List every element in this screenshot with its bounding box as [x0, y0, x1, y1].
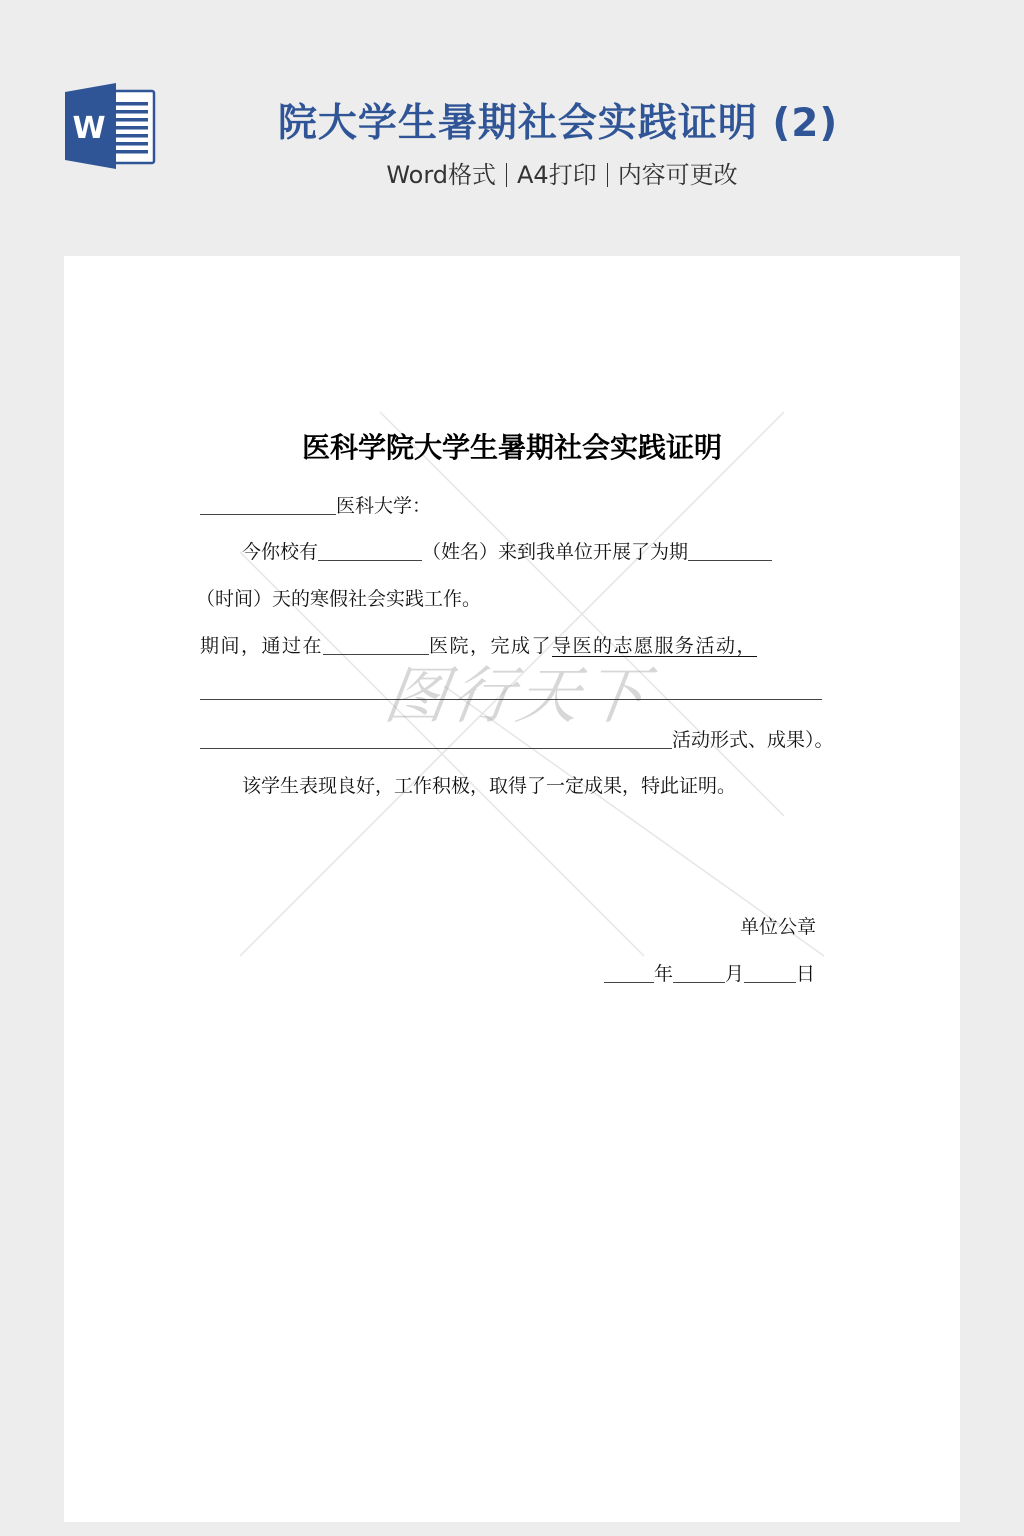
month-label: 月 — [725, 963, 744, 985]
school-blank[interactable] — [200, 494, 336, 515]
activity-text: 导医的志愿服务活动， — [552, 635, 757, 657]
print-label: A4打印 — [517, 161, 597, 189]
subtitle: Word格式A4打印内容可更改 — [0, 155, 1024, 190]
paragraph2-closing: 活动形式、成果）。 — [672, 729, 834, 751]
paragraph3-text: 该学生表现良好，工作积极，取得了一定成果，特此证明。 — [242, 775, 736, 797]
header: W 院大学生暑期社会实践证明 (2) Word格式A4打印内容可更改 — [0, 0, 1024, 256]
paragraph2-line3: 活动形式、成果）。 — [200, 726, 834, 754]
paragraph2-prefix: 期间，通过在 — [200, 635, 323, 657]
paragraph3: 该学生表现良好，工作积极，取得了一定成果，特此证明。 — [242, 772, 736, 800]
paragraph1-line2: （时间）天的寒假社会实践工作。 — [196, 585, 481, 613]
day-label: 日 — [796, 963, 815, 985]
paragraph1-line2-text: （时间）天的寒假社会实践工作。 — [196, 588, 481, 610]
divider — [506, 163, 507, 187]
activity-rule[interactable] — [200, 699, 822, 700]
paragraph2-line1: 期间，通过在医院，完成了导医的志愿服务活动， — [200, 632, 757, 660]
seal-line: 单位公章 — [740, 913, 816, 941]
year-label: 年 — [654, 963, 673, 985]
student-name-blank[interactable] — [318, 540, 422, 561]
editable-label: 内容可更改 — [618, 161, 738, 189]
paragraph2-hospital: 医院，完成了 — [429, 635, 552, 657]
salutation-suffix: 医科大学： — [336, 495, 431, 517]
salutation-line: 医科大学： — [200, 492, 431, 520]
year-blank[interactable] — [604, 962, 654, 983]
paragraph1-middle: （姓名）来到我单位开展了为期 — [422, 541, 688, 563]
seal-label: 单位公章 — [740, 916, 816, 938]
month-blank[interactable] — [673, 962, 725, 983]
document-title: 医科学院大学生暑期社会实践证明 — [200, 426, 824, 466]
hospital-blank[interactable] — [323, 634, 429, 655]
paragraph1-line1: 今你校有（姓名）来到我单位开展了为期 — [242, 538, 772, 566]
document-page: 图行天下 医科学院大学生暑期社会实践证明 医科大学： 今你校有（姓名）来到我单位… — [64, 256, 960, 1522]
page-heading: 院大学生暑期社会实践证明 (2) — [0, 92, 1024, 148]
activity-blank[interactable] — [200, 728, 672, 749]
duration-blank[interactable] — [688, 540, 772, 561]
date-line: 年月日 — [604, 960, 815, 988]
day-blank[interactable] — [744, 962, 796, 983]
format-label: Word格式 — [386, 161, 496, 189]
divider — [607, 163, 608, 187]
paragraph1-prefix: 今你校有 — [242, 541, 318, 563]
